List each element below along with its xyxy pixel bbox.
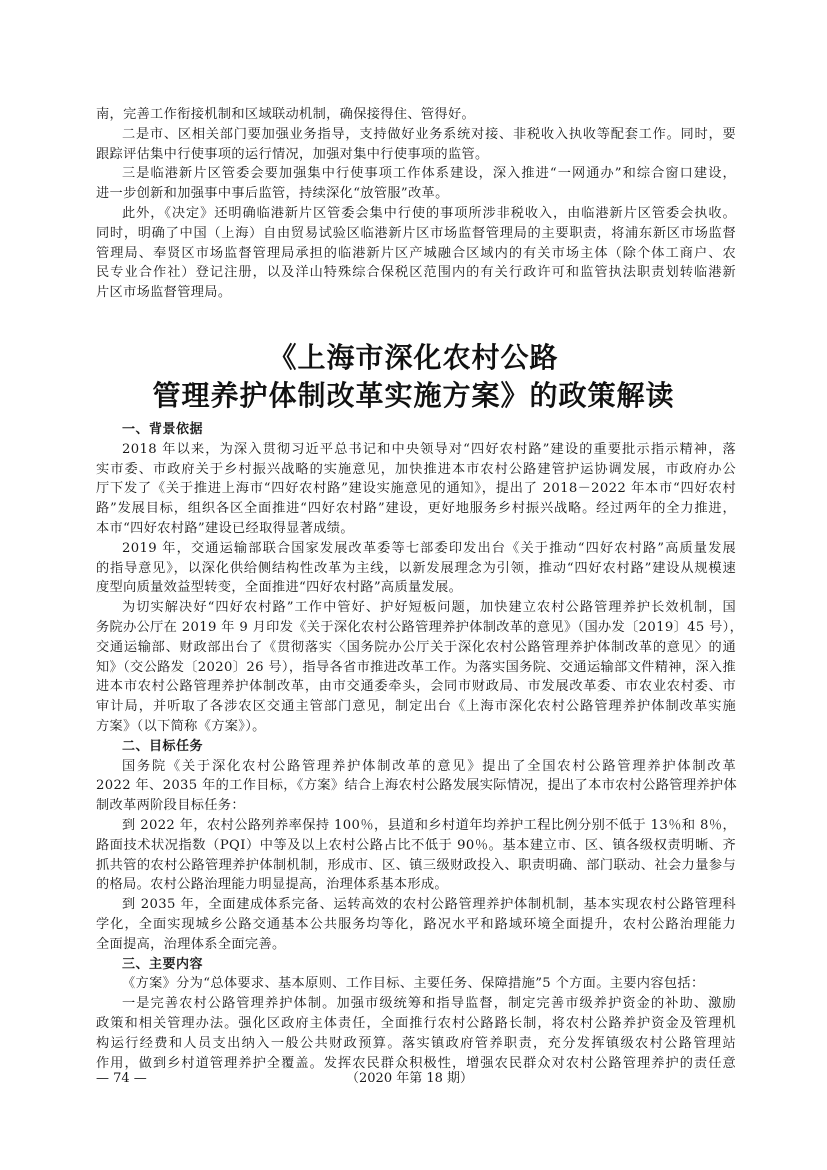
- text-line: 路”发展目标，组织各区全面推进“四好农村路”建设，更好地服务乡村振兴战略。经过两…: [96, 499, 736, 519]
- text-line: 本市“四好农村路”建设已经取得显著成绩。: [96, 519, 736, 539]
- text-line: 2019 年，交通运输部联合国家发展改革委等七部委印发出台《关于推动“四好农村路…: [96, 539, 736, 559]
- text-line: 实市委、市政府关于乡村振兴战略的实施意见，加快推进本市农村公路建管护运协调发展，…: [96, 460, 736, 480]
- text-line: 构运行经费和人员支出纳入一般公共财政预算。落实镇政府管养职责，充分发挥镇级农村公…: [96, 1034, 736, 1054]
- article-title-line-1: 《上海市深化农村公路: [0, 336, 827, 376]
- text-line: 知》（交公路发〔2020〕26 号），指导各省市推进改革工作。为落实国务院、交通…: [96, 658, 736, 678]
- text-line: 《方案》分为“总体要求、基本原则、工作目标、主要任务、保障措施”5 个方面。主要…: [96, 974, 736, 994]
- text-line: 三是临港新片区管委会要加强集中行使事项工作体系建设，深入推进“一网通办”和综合窗…: [96, 164, 736, 184]
- text-line: 交通运输部、财政部出台了《贯彻落实〈国务院办公厅关于深化农村公路管理养护体制改革…: [96, 638, 736, 658]
- text-line: 方案》（以下简称《方案》）。: [96, 717, 736, 737]
- section-heading: 三、主要内容: [96, 955, 736, 975]
- text-line: 为切实解决好“四好农村路”工作中管好、护好短板问题，加快建立农村公路管理养护长效…: [96, 598, 736, 618]
- text-line: 2022 年、2035 年的工作目标，《方案》结合上海农村公路发展实际情况，提出…: [96, 776, 736, 796]
- section-heading: 二、目标任务: [96, 737, 736, 757]
- article-body: 一、背景依据2018 年以来，为深入贯彻习近平总书记和中央领导对“四好农村路”建…: [96, 420, 736, 1073]
- text-line: 务院办公厅在 2019 年 9 月印发《关于深化农村公路管理养护体制改革的意见》…: [96, 618, 736, 638]
- text-line: 民专业合作社）登记注册，以及洋山特殊综合保税区范围内的有关行政许可和监管执法职责…: [96, 263, 736, 283]
- text-line: 路面技术状况指数（PQI）中等及以上农村公路占比不低于 90％。基本建立市、区、…: [96, 836, 736, 856]
- text-line: 到 2022 年，农村公路列养率保持 100％，县道和乡村道年均养护工程比例分别…: [96, 816, 736, 836]
- text-line: 全面提高，治理体系全面完善。: [96, 935, 736, 955]
- section-heading: 一、背景依据: [96, 420, 736, 440]
- text-line: 管理局、奉贤区市场监督管理局承担的临港新片区产城融合区域内的有关市场主体（除个体…: [96, 244, 736, 264]
- text-line: 厅下发了《关于推进上海市“四好农村路”建设实施意见的通知》，提出了 2018－2…: [96, 479, 736, 499]
- text-line: 进本市农村公路管理养护体制改革，由市交通委牵头，会同市财政局、市发展改革委、市农…: [96, 677, 736, 697]
- text-line: 的指导意见》，以深化供给侧结构性改革为主线，以新发展理念为引领，推动“四好农村路…: [96, 559, 736, 579]
- text-line: 同时，明确了中国（上海）自由贸易试验区临港新片区市场监督管理局的主要职责，将浦东…: [96, 224, 736, 244]
- page-number: — 74 —: [96, 1069, 147, 1089]
- text-line: 度型向质量效益型转变，全面推进“四好农村路”高质量发展。: [96, 578, 736, 598]
- text-line: 进一步创新和加强事中事后监管，持续深化“放管服”改革。: [96, 184, 736, 204]
- text-line: 片区市场监督管理局。: [96, 283, 736, 303]
- previous-article-continuation: 南，完善工作衔接机制和区域联动机制，确保接得住、管得好。二是市、区相关部门要加强…: [96, 105, 736, 303]
- text-line: 南，完善工作衔接机制和区域联动机制，确保接得住、管得好。: [96, 105, 736, 125]
- text-line: 到 2035 年，全面建成体系完备、运转高效的农村公路管理养护体制机制，基本实现…: [96, 895, 736, 915]
- text-line: 的格局。农村公路治理能力明显提高，治理体系基本形成。: [96, 875, 736, 895]
- text-line: 学化，全面实现城乡公路交通基本公共服务均等化，路况水平和路域环境全面提升，农村公…: [96, 915, 736, 935]
- document-page: 南，完善工作衔接机制和区域联动机制，确保接得住、管得好。二是市、区相关部门要加强…: [0, 0, 827, 1170]
- text-line: 抓共管的农村公路管理养护体制机制，形成市、区、镇三级财政投入、职责明确、部门联动…: [96, 856, 736, 876]
- text-line: 此外，《决定》还明确临港新片区管委会集中行使的事项所涉非税收入，由临港新片区管委…: [96, 204, 736, 224]
- text-line: 政策和相关管理办法。强化区政府主体责任，全面推行农村公路路长制，将农村公路养护资…: [96, 1014, 736, 1034]
- text-line: 二是市、区相关部门要加强业务指导，支持做好业务系统对接、非税收入执收等配套工作。…: [96, 125, 736, 145]
- page-footer: — 74 — （2020 年第 18 期）: [96, 1069, 736, 1089]
- text-line: 国务院《关于深化农村公路管理养护体制改革的意见》提出了全国农村公路管理养护体制改…: [96, 757, 736, 777]
- article-title-line-2: 管理养护体制改革实施方案》的政策解读: [0, 374, 827, 414]
- issue-label: （2020 年第 18 期）: [346, 1069, 473, 1089]
- text-line: 跟踪评估集中行使事项的运行情况，加强对集中行使事项的监管。: [96, 145, 736, 165]
- text-line: 审计局，并听取了各涉农区交通主管部门意见，制定出台《上海市深化农村公路管理养护体…: [96, 697, 736, 717]
- text-line: 制改革两阶段目标任务：: [96, 796, 736, 816]
- text-line: 2018 年以来，为深入贯彻习近平总书记和中央领导对“四好农村路”建设的重要批示…: [96, 440, 736, 460]
- text-line: 一是完善农村公路管理养护体制。加强市级统筹和指导监督，制定完善市级养护资金的补助…: [96, 994, 736, 1014]
